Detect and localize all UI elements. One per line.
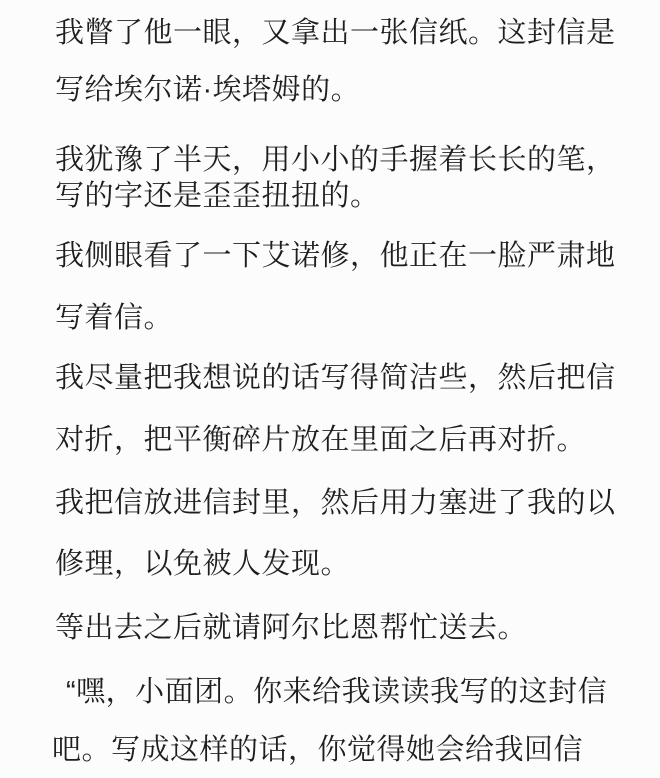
text-line-6: 写着信。 bbox=[55, 300, 173, 336]
text-line-1: 我瞥了他一眼，又拿出一张信纸。这封信是 bbox=[55, 15, 616, 51]
text-line-13: 吧。写成这样的话，你觉得她会给我回信 bbox=[52, 732, 583, 768]
novel-text-page: 我瞥了他一眼，又拿出一张信纸。这封信是 写给埃尔诺·埃塔姆的。 我犹豫了半天，用… bbox=[0, 0, 660, 778]
text-line-4: 写的字还是歪歪扭扭的。 bbox=[55, 178, 380, 214]
text-line-12: “嘿，小面团。你来给我读读我写的这封信 bbox=[66, 674, 607, 710]
text-line-3: 我犹豫了半天，用小小的手握着长长的笔， bbox=[55, 142, 616, 178]
text-line-11: 等出去之后就请阿尔比恩帮忙送去。 bbox=[55, 610, 527, 646]
text-line-9: 我把信放进信封里，然后用力塞进了我的以 bbox=[55, 485, 616, 521]
text-line-5: 我侧眼看了一下艾诺修，他正在一脸严肃地 bbox=[55, 238, 616, 274]
text-line-2: 写给埃尔诺·埃塔姆的。 bbox=[55, 72, 360, 108]
text-line-8: 对折，把平衡碎片放在里面之后再对折。 bbox=[55, 422, 586, 458]
text-line-10: 修理，以免被人发现。 bbox=[55, 546, 350, 582]
text-line-7: 我尽量把我想说的话写得简洁些，然后把信 bbox=[55, 360, 616, 396]
